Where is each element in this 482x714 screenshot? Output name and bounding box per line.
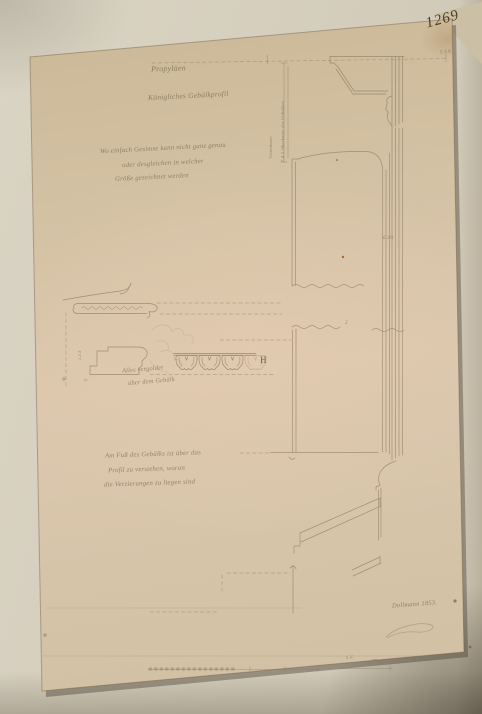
band-line <box>174 354 256 356</box>
scale-end-label: 5 F. <box>346 656 354 661</box>
profile-curve <box>299 151 383 168</box>
gutta-ornament <box>199 356 220 370</box>
break-line <box>292 326 340 329</box>
ink-speck <box>342 256 344 258</box>
leader-line <box>290 565 296 613</box>
stain-spot <box>453 599 456 602</box>
entablature-block <box>292 128 404 460</box>
dimension-lines <box>268 54 447 162</box>
beak-curve <box>63 283 131 300</box>
wavy-mark-label: 2 <box>345 321 348 326</box>
profile-line <box>336 67 354 93</box>
stain-spot <box>469 646 472 649</box>
gutta-ornament <box>176 356 197 370</box>
dimension-text-vertical-secondary: Unterkante <box>268 136 273 158</box>
break-line <box>292 285 364 288</box>
dimension-text-left-column: 1.2.3 <box>77 351 82 360</box>
ink-speck <box>336 159 338 161</box>
egg-dart-hatch <box>82 307 142 310</box>
profile-line <box>293 329 297 452</box>
stain-spot <box>43 633 47 637</box>
scale-bar <box>148 659 392 671</box>
profile-curve <box>108 347 147 368</box>
profile-line <box>292 162 296 286</box>
profile-line <box>352 91 388 94</box>
profile-line <box>330 57 338 68</box>
dimension-text-shaft: 6.3½ <box>383 236 394 241</box>
profile-line <box>383 153 390 454</box>
paper-creases <box>43 608 458 656</box>
ogee-profile <box>376 461 396 490</box>
signature-flourish <box>386 624 433 638</box>
anta-capital-profile <box>330 57 404 129</box>
profile-line <box>392 57 403 128</box>
molding-end <box>73 304 78 314</box>
dimension-text-top-right: 5.3.6 <box>440 50 451 56</box>
crown-molding <box>386 96 392 126</box>
paper-spots <box>43 159 471 648</box>
title-line-1: Propyläen <box>151 63 186 73</box>
raking-band <box>300 498 381 542</box>
dimension-text-vertical-main: 7.4.5 Oberkante des Gebälkes <box>280 101 285 162</box>
letter-h-label: H <box>260 355 267 365</box>
profile-line <box>379 488 382 540</box>
architrave-bottom <box>270 453 396 614</box>
shaft-line <box>392 128 403 460</box>
gutta-ornament <box>222 356 243 370</box>
guttae-row <box>174 354 266 370</box>
photograph-of-drawing: 1269 Propyläen Königliches Gebälkprofil … <box>0 0 482 714</box>
mark <box>289 457 295 459</box>
molding-end <box>147 304 157 319</box>
raking-band-lower <box>352 556 381 576</box>
